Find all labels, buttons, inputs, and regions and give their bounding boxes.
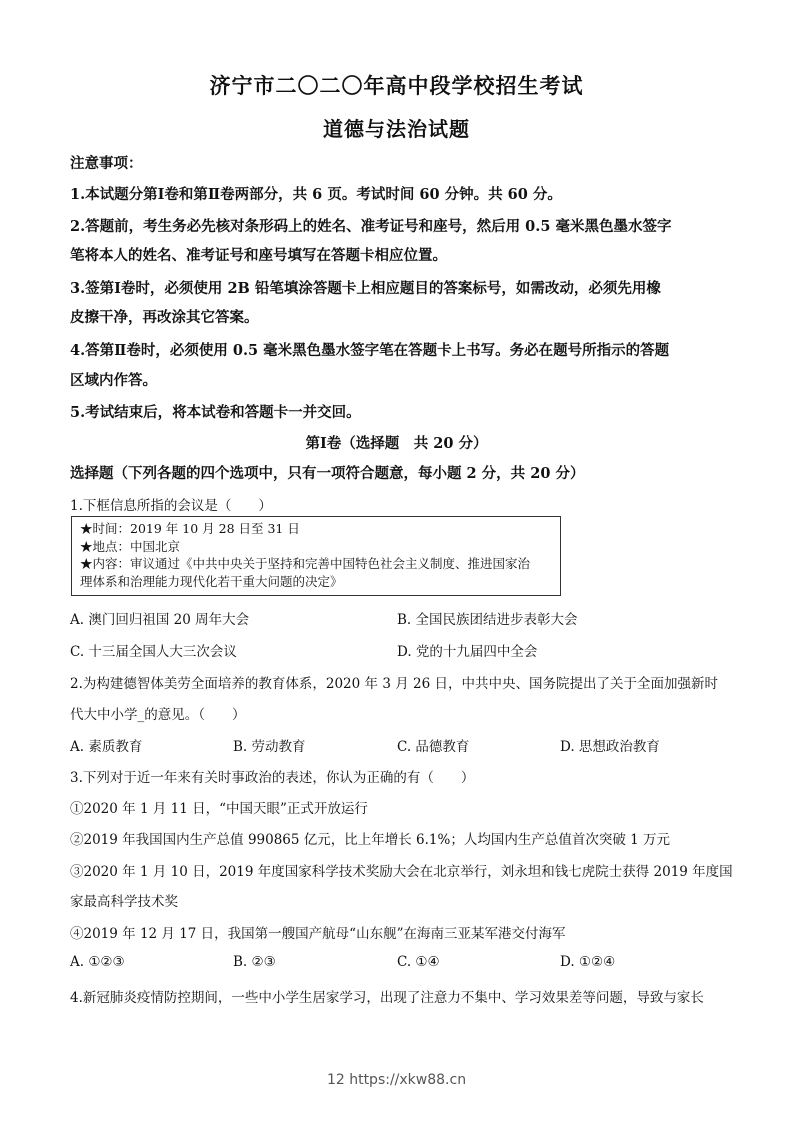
note-line: 皮擦干净，再改涂其它答案。 xyxy=(70,306,259,327)
question-3-option-b[interactable]: B. ②③ xyxy=(233,954,276,970)
question-3-option-d[interactable]: D. ①②④ xyxy=(560,954,615,970)
question-2-option-b[interactable]: B. 劳动教育 xyxy=(233,735,306,755)
note-line: 3.签第Ⅰ卷时，必须使用 2B 铅笔填涂答题卡上相应题目的答案标号，如需改动，必… xyxy=(70,277,661,298)
question-1-infobox: ★时间：2019 年 10 月 28 日至 31 日 ★地点：中国北京 ★内容：… xyxy=(71,516,561,596)
question-2-option-a[interactable]: A. 素质教育 xyxy=(70,735,142,755)
question-3-statement: ②2019 年我国国内生产总值 990865 亿元，比上年增长 6.1%；人均国… xyxy=(70,828,670,848)
infobox-line: ★内容：审议通过《中共中央关于坚持和完善中国特色社会主义制度、推进国家治 xyxy=(80,555,552,573)
question-3-option-c[interactable]: C. ①④ xyxy=(397,954,440,970)
note-line: 4.答第Ⅱ卷时，必须使用 0.5 毫米黑色墨水签字笔在答题卡上书写。务必在题号所… xyxy=(70,339,669,360)
section-instruction: 选择题（下列各题的四个选项中，只有一项符合题意，每小题 2 分，共 20 分） xyxy=(70,462,584,483)
infobox-line: 理体系和治理能力现代化若干重大问题的决定》 xyxy=(80,573,552,591)
question-1-option-b[interactable]: B. 全国民族团结进步表彰大会 xyxy=(397,608,578,628)
question-3-statement-cont: 家最高科学技术奖 xyxy=(70,890,178,910)
page-footer: 12 https://xkw88.cn xyxy=(0,1072,793,1088)
question-1-option-d[interactable]: D. 党的十九届四中全会 xyxy=(397,640,537,660)
exam-title: 济宁市二〇二〇年高中段学校招生考试 xyxy=(0,70,793,100)
question-3-option-a[interactable]: A. ①②③ xyxy=(70,954,125,970)
question-4-stem: 4.新冠肺炎疫情防控期间，一些中小学生居家学习，出现了注意力不集中、学习效果差等… xyxy=(70,986,704,1006)
infobox-line: ★地点：中国北京 xyxy=(80,538,552,556)
question-3-stem: 3.下列对于近一年来有关时事政治的表述，你认为正确的有（ ） xyxy=(70,766,474,786)
question-2-option-c[interactable]: C. 品德教育 xyxy=(397,735,469,755)
question-3-statement: ①2020 年 1 月 11 日，“中国天眼”正式开放运行 xyxy=(70,797,368,817)
exam-subtitle: 道德与法治试题 xyxy=(0,113,793,142)
question-2-option-d[interactable]: D. 思想政治教育 xyxy=(560,735,660,755)
note-line: 5.考试结束后，将本试卷和答题卡一并交回。 xyxy=(70,401,361,422)
note-line: 2.答题前，考生务必先核对条形码上的姓名、准考证号和座号，然后用 0.5 毫米黑… xyxy=(70,215,671,236)
question-2-stem-cont: 代大中小学_的意见。（ ） xyxy=(70,703,246,723)
notes-heading: 注意事项： xyxy=(70,152,143,173)
section-title: 第Ⅰ卷（选择题 共 20 分） xyxy=(0,432,793,453)
infobox-line: ★时间：2019 年 10 月 28 日至 31 日 xyxy=(80,520,552,538)
question-2-stem: 2.为构建德智体美劳全面培养的教育体系，2020 年 3 月 26 日，中共中央… xyxy=(70,672,718,692)
question-1-option-c[interactable]: C. 十三届全国人大三次会议 xyxy=(70,640,237,660)
note-line: 笔将本人的姓名、准考证号和座号填写在答题卡相应位置。 xyxy=(70,244,447,265)
question-1-option-a[interactable]: A. 澳门回归祖国 20 周年大会 xyxy=(70,608,249,628)
question-1-stem: 1.下框信息所指的会议是（ ） xyxy=(70,494,272,514)
question-3-statement: ③2020 年 1 月 10 日，2019 年度国家科学技术奖励大会在北京举行，… xyxy=(70,860,733,880)
note-line: 区域内作答。 xyxy=(70,369,157,390)
question-3-statement: ④2019 年 12 月 17 日，我国第一艘国产航母“山东舰”在海南三亚某军港… xyxy=(70,922,565,942)
note-line: 1.本试题分第Ⅰ卷和第Ⅱ卷两部分，共 6 页。考试时间 60 分钟。共 60 分… xyxy=(70,183,562,204)
